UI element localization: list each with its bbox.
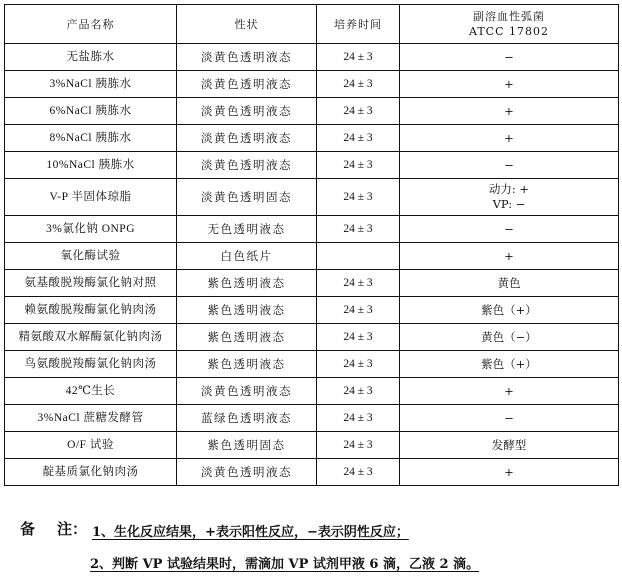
cell-name: 赖氨酸脱羧酶氯化钠肉汤 (5, 297, 177, 324)
cell-name: 氧化酶试验 (5, 243, 177, 270)
table-row: 3%NaCl 蔗糖发酵管 蓝绿色透明液态 24 ± 3 − (5, 405, 619, 432)
table-header-row: 产品名称 性状 培养时间 副溶血性弧菌 ATCC 17802 (5, 5, 619, 44)
table-row: 氨基酸脱羧酶氯化钠对照 紫色透明液态 24 ± 3 黄色 (5, 270, 619, 297)
cell-property: 淡黄色透明液态 (177, 44, 317, 71)
cell-time: 24 ± 3 (317, 351, 400, 378)
cell-result: + (400, 243, 619, 270)
table-row: O/F 试验 紫色透明固态 24 ± 3 发酵型 (5, 432, 619, 459)
table-row: 精氨酸双水解酶氯化钠肉汤 紫色透明液态 24 ± 3 黄色（−） (5, 324, 619, 351)
cell-result: + (400, 98, 619, 125)
table-row: 靛基质氯化钠肉汤 淡黄色透明液态 24 ± 3 + (5, 459, 619, 486)
cell-time: 24 ± 3 (317, 378, 400, 405)
cell-result: + (400, 125, 619, 152)
cell-property: 淡黄色透明液态 (177, 152, 317, 179)
cell-result: 紫色（+） (400, 297, 619, 324)
cell-result: − (400, 405, 619, 432)
cell-name: V-P 半固体琼脂 (5, 179, 177, 216)
cell-time: 24 ± 3 (317, 459, 400, 486)
cell-time: 24 ± 3 (317, 324, 400, 351)
cell-property: 紫色透明液态 (177, 351, 317, 378)
header-culture-time: 培养时间 (317, 5, 400, 44)
cell-name: 3%NaCl 蔗糖发酵管 (5, 405, 177, 432)
cell-name: 10%NaCl 胰胨水 (5, 152, 177, 179)
result-motility: 动力: + (400, 182, 618, 197)
cell-name: 3%NaCl 胰胨水 (5, 71, 177, 98)
header-strain: 副溶血性弧菌 ATCC 17802 (400, 5, 619, 44)
table-row: 8%NaCl 胰胨水 淡黄色透明液态 24 ± 3 + (5, 125, 619, 152)
table-row: 42℃生长 淡黄色透明液态 24 ± 3 + (5, 378, 619, 405)
cell-name: 鸟氨酸脱羧酶氯化钠肉汤 (5, 351, 177, 378)
table-row: 赖氨酸脱羧酶氯化钠肉汤 紫色透明液态 24 ± 3 紫色（+） (5, 297, 619, 324)
table-row: 3%氯化钠 ONPG 无色透明液态 24 ± 3 − (5, 216, 619, 243)
cell-property: 无色透明液态 (177, 216, 317, 243)
cell-time (317, 243, 400, 270)
remarks-label-part1: 备 (20, 520, 35, 538)
cell-property: 淡黄色透明液态 (177, 378, 317, 405)
remarks-label-part2: 注： (57, 520, 87, 538)
remark-1: 1、生化反应结果，+表示阳性反应，−表示阴性反应； (92, 521, 409, 540)
cell-name: 42℃生长 (5, 378, 177, 405)
cell-name: 3%氯化钠 ONPG (5, 216, 177, 243)
cell-time: 24 ± 3 (317, 44, 400, 71)
cell-property: 蓝绿色透明液态 (177, 405, 317, 432)
table-row: 鸟氨酸脱羧酶氯化钠肉汤 紫色透明液态 24 ± 3 紫色（+） (5, 351, 619, 378)
cell-property: 紫色透明固态 (177, 432, 317, 459)
header-property: 性状 (177, 5, 317, 44)
cell-property: 淡黄色透明液态 (177, 459, 317, 486)
cell-property: 淡黄色透明液态 (177, 71, 317, 98)
cell-result: − (400, 152, 619, 179)
cell-name: 氨基酸脱羧酶氯化钠对照 (5, 270, 177, 297)
cell-name: 精氨酸双水解酶氯化钠肉汤 (5, 324, 177, 351)
cell-time: 24 ± 3 (317, 179, 400, 216)
table-row: 6%NaCl 胰胨水 淡黄色透明液态 24 ± 3 + (5, 98, 619, 125)
biochemical-results-table: 产品名称 性状 培养时间 副溶血性弧菌 ATCC 17802 无盐胨水 淡黄色透… (4, 4, 619, 486)
cell-result: 紫色（+） (400, 351, 619, 378)
cell-result: + (400, 71, 619, 98)
cell-property: 淡黄色透明固态 (177, 179, 317, 216)
table-row: V-P 半固体琼脂 淡黄色透明固态 24 ± 3 动力: + VP: − (5, 179, 619, 216)
cell-name: 靛基质氯化钠肉汤 (5, 459, 177, 486)
cell-result: 发酵型 (400, 432, 619, 459)
table-row: 3%NaCl 胰胨水 淡黄色透明液态 24 ± 3 + (5, 71, 619, 98)
cell-result: + (400, 459, 619, 486)
cell-result: − (400, 44, 619, 71)
header-product-name: 产品名称 (5, 5, 177, 44)
cell-time: 24 ± 3 (317, 98, 400, 125)
cell-time: 24 ± 3 (317, 71, 400, 98)
cell-result: 黄色（−） (400, 324, 619, 351)
table-row: 无盐胨水 淡黄色透明液态 24 ± 3 − (5, 44, 619, 71)
cell-result: + (400, 378, 619, 405)
cell-property: 紫色透明液态 (177, 324, 317, 351)
cell-time: 24 ± 3 (317, 405, 400, 432)
result-vp: VP: − (400, 197, 618, 212)
cell-property: 白色纸片 (177, 243, 317, 270)
cell-property: 紫色透明液态 (177, 270, 317, 297)
cell-time: 24 ± 3 (317, 297, 400, 324)
header-strain-atcc: ATCC 17802 (400, 24, 618, 39)
header-strain-name: 副溶血性弧菌 (400, 9, 618, 24)
cell-name: O/F 试验 (5, 432, 177, 459)
cell-time: 24 ± 3 (317, 152, 400, 179)
cell-time: 24 ± 3 (317, 270, 400, 297)
cell-property: 淡黄色透明液态 (177, 125, 317, 152)
cell-name: 6%NaCl 胰胨水 (5, 98, 177, 125)
cell-name: 无盐胨水 (5, 44, 177, 71)
cell-result: 黄色 (400, 270, 619, 297)
remark-2: 2、判断 VP 试验结果时，需滴加 VP 试剂甲液 6 滴，乙液 2 滴。 (90, 553, 479, 572)
table-row: 氧化酶试验 白色纸片 + (5, 243, 619, 270)
cell-name: 8%NaCl 胰胨水 (5, 125, 177, 152)
cell-time: 24 ± 3 (317, 216, 400, 243)
cell-time: 24 ± 3 (317, 125, 400, 152)
cell-property: 紫色透明液态 (177, 297, 317, 324)
table-row: 10%NaCl 胰胨水 淡黄色透明液态 24 ± 3 − (5, 152, 619, 179)
remarks-label: 备注： (20, 518, 87, 539)
cell-result: 动力: + VP: − (400, 179, 619, 216)
cell-property: 淡黄色透明液态 (177, 98, 317, 125)
cell-result: − (400, 216, 619, 243)
cell-time: 24 ± 3 (317, 432, 400, 459)
